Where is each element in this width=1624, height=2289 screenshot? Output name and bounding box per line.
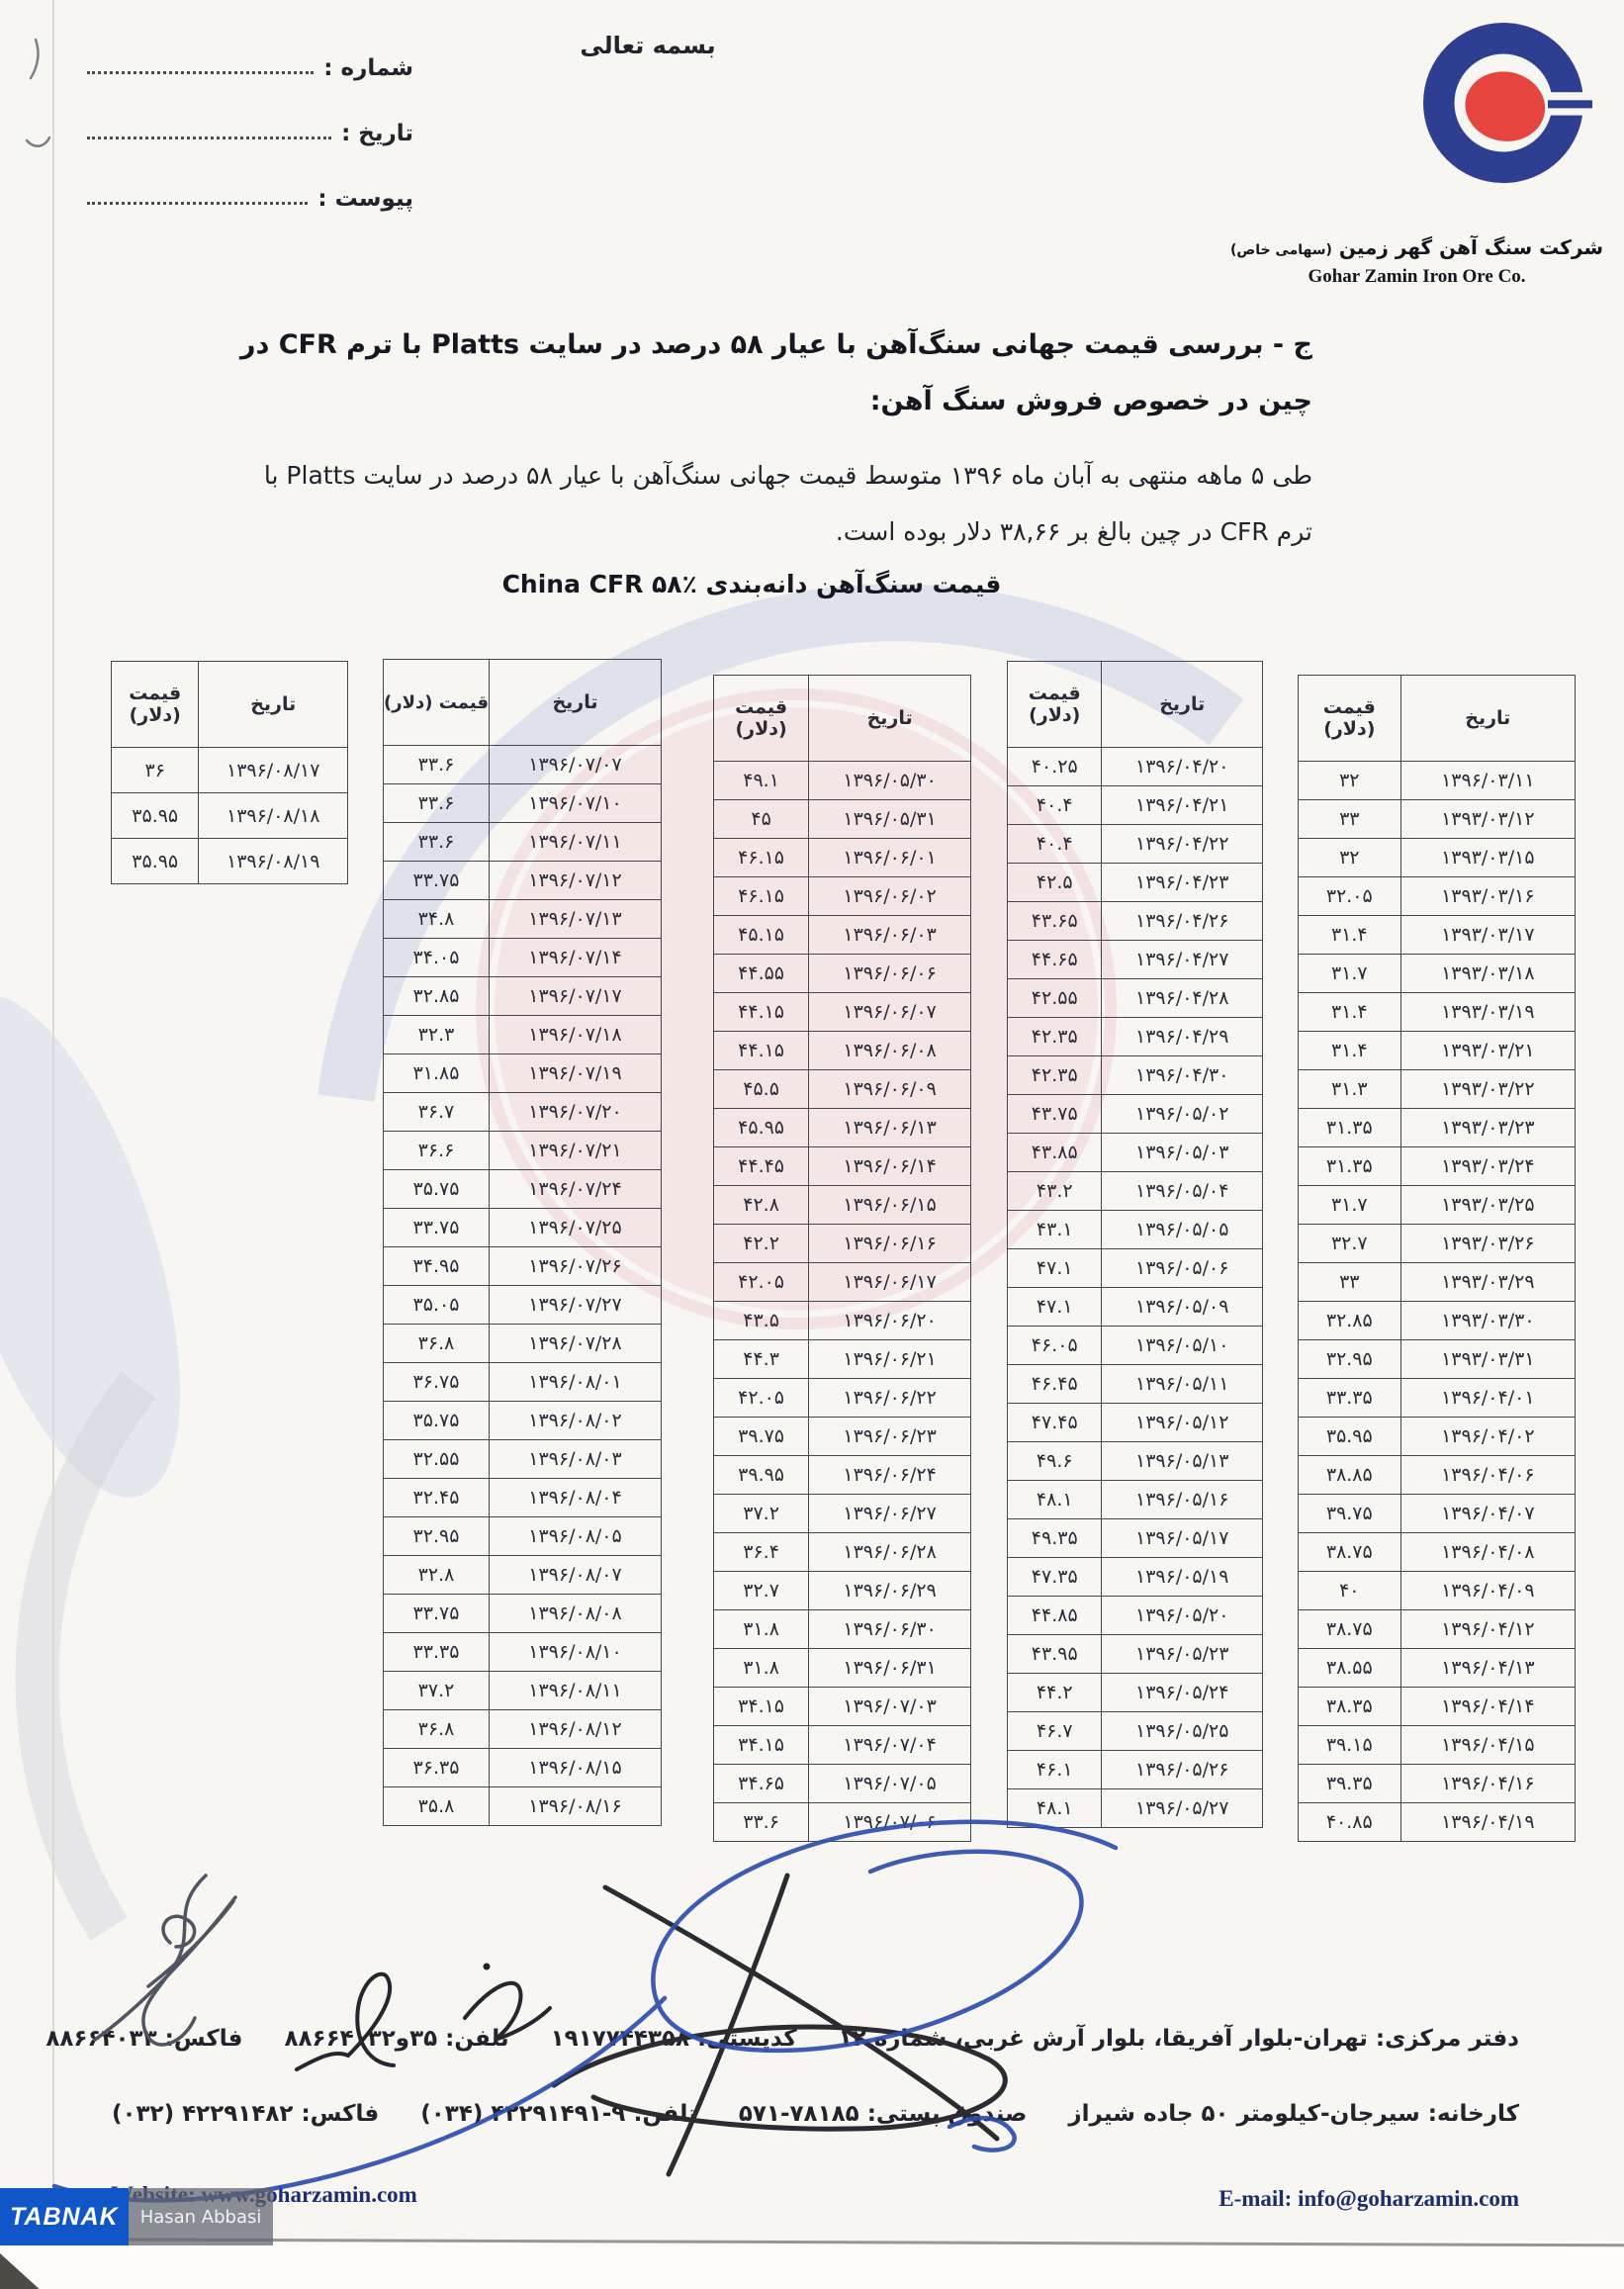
head-office-fax: فاکس: ۸۸۶۶۴۰۳۳ (45, 2026, 242, 2052)
table-row: ۱۳۹۶/۰۷/۲۱۳۶.۶ (384, 1132, 662, 1170)
date-cell: ۱۳۹۶/۰۸/۱۸ (199, 793, 348, 839)
table-row: ۱۳۹۳/۰۳/۱۵۳۲ (1299, 839, 1576, 877)
factory-phone: تلفن: ۹-۴۲۲۹۱۴۹۱ (۰۳۴) (420, 2101, 697, 2127)
price-cell: ۳۳.۶ (384, 746, 490, 784)
table-row: ۱۳۹۳/۰۳/۲۶۳۲.۷ (1299, 1225, 1576, 1263)
date-cell: ۱۳۹۶/۰۷/۲۸ (489, 1325, 661, 1363)
date-cell: ۱۳۹۶/۰۷/۱۴ (489, 939, 661, 977)
company-logo-icon (1414, 14, 1592, 192)
table-row: ۱۳۹۶/۰۷/۰۵۳۴.۶۵ (714, 1765, 971, 1803)
price-cell: ۳۱.۷ (1299, 955, 1401, 993)
table-row: ۱۳۹۶/۰۴/۰۱۳۳.۳۵ (1299, 1379, 1576, 1418)
date-cell: ۱۳۹۶/۰۴/۰۷ (1400, 1495, 1575, 1533)
email-link: E-mail: info@goharzamin.com (1218, 2186, 1519, 2212)
date-cell: ۱۳۹۶/۰۵/۱۰ (1102, 1327, 1263, 1365)
date-cell: ۱۳۹۶/۰۷/۰۴ (809, 1726, 971, 1765)
table-row: ۱۳۹۶/۰۵/۱۰۴۶.۰۵ (1008, 1327, 1263, 1365)
date-cell: ۱۳۹۶/۰۷/۱۱ (489, 823, 661, 862)
price-cell: ۳۶.۸ (384, 1710, 490, 1749)
table-row: ۱۳۹۶/۰۴/۱۳۳۸.۵۵ (1299, 1649, 1576, 1688)
date-cell: ۱۳۹۶/۰۸/۰۸ (489, 1595, 661, 1633)
price-cell: ۴۳.۵ (714, 1302, 809, 1340)
price-cell: ۳۴.۱۵ (714, 1726, 809, 1765)
date-cell: ۱۳۹۶/۰۶/۲۰ (809, 1302, 971, 1340)
date-cell: ۱۳۹۶/۰۴/۱۶ (1400, 1765, 1575, 1803)
table-row: ۱۳۹۶/۰۴/۰۶۳۸.۸۵ (1299, 1456, 1576, 1495)
table-row: ۱۳۹۶/۰۴/۰۸۳۸.۷۵ (1299, 1533, 1576, 1572)
table-row: ۱۳۹۶/۰۸/۱۰۳۳.۳۵ (384, 1633, 662, 1672)
price-cell: ۳۹.۷۵ (1299, 1495, 1401, 1533)
table-row: ۱۳۹۶/۰۷/۱۰۳۳.۶ (384, 784, 662, 823)
table-row: ۱۳۹۶/۰۵/۱۳۴۹.۶ (1008, 1442, 1263, 1481)
price-cell: ۴۳.۶۵ (1008, 902, 1102, 941)
table-row: ۱۳۹۶/۰۴/۰۷۳۹.۷۵ (1299, 1495, 1576, 1533)
price-cell: ۳۵.۹۵ (112, 793, 199, 839)
price-cell: ۴۶.۷ (1008, 1712, 1102, 1751)
date-cell: ۱۳۹۶/۰۶/۲۷ (809, 1495, 971, 1533)
price-cell: ۴۴.۶۵ (1008, 941, 1102, 979)
table-row: ۱۳۹۶/۰۴/۲۱۴۰.۴ (1008, 786, 1263, 825)
date-cell: ۱۳۹۶/۰۵/۲۷ (1102, 1789, 1263, 1828)
summary-paragraph: طی ۵ ماهه منتهی به آبان ماه ۱۳۹۶ متوسط ق… (223, 447, 1312, 560)
table-row: ۱۳۹۶/۰۴/۱۹۴۰.۸۵ (1299, 1803, 1576, 1842)
date-cell: ۱۳۹۶/۰۵/۰۹ (1102, 1288, 1263, 1327)
price-cell: ۳۳.۶ (714, 1803, 809, 1842)
date-cell: ۱۳۹۶/۰۶/۰۸ (809, 1032, 971, 1070)
date-cell: ۱۳۹۶/۰۶/۱۵ (809, 1186, 971, 1225)
date-cell: ۱۳۹۶/۰۴/۲۱ (1102, 786, 1263, 825)
table-row: ۱۳۹۶/۰۶/۳۱۳۱.۸ (714, 1649, 971, 1688)
price-cell: ۳۱.۳ (1299, 1070, 1401, 1109)
date-cell: ۱۳۹۶/۰۵/۱۹ (1102, 1558, 1263, 1597)
price-cell: ۴۷.۱ (1008, 1249, 1102, 1288)
date-cell: ۱۳۹۶/۰۶/۰۹ (809, 1070, 971, 1109)
date-cell: ۱۳۹۶/۰۵/۲۵ (1102, 1712, 1263, 1751)
date-cell: ۱۳۹۶/۰۸/۱۶ (489, 1787, 661, 1826)
table-row: ۱۳۹۶/۰۷/۱۲۳۳.۷۵ (384, 862, 662, 900)
date-cell: ۱۳۹۶/۰۴/۲۲ (1102, 825, 1263, 864)
date-cell: ۱۳۹۶/۰۴/۰۲ (1400, 1418, 1575, 1456)
table-row: ۱۳۹۶/۰۵/۲۴۴۴.۲ (1008, 1674, 1263, 1712)
date-cell: ۱۳۹۶/۰۷/۱۳ (489, 900, 661, 939)
table-row: ۱۳۹۶/۰۷/۰۶۳۳.۶ (714, 1803, 971, 1842)
table-row: ۱۳۹۶/۰۴/۳۰۴۲.۳۵ (1008, 1056, 1263, 1095)
price-column-header: قیمت (دلار) (384, 660, 490, 746)
date-cell: ۱۳۹۶/۰۶/۱۶ (809, 1225, 971, 1263)
date-cell: ۱۳۹۶/۰۵/۱۷ (1102, 1519, 1263, 1558)
company-name-block: شرکت سنگ آهن گهر زمین (سهامی خاص) Gohar … (1221, 235, 1612, 288)
factory-fax: فاکس: ۴۲۲۹۱۴۸۲ (۰۳۲) (112, 2101, 379, 2127)
date-cell: ۱۳۹۶/۰۵/۰۴ (1102, 1172, 1263, 1211)
date-cell: ۱۳۹۶/۰۷/۲۷ (489, 1286, 661, 1325)
table-row: ۱۳۹۶/۰۵/۰۲۴۳.۷۵ (1008, 1095, 1263, 1134)
table-row: ۱۳۹۶/۰۶/۲۰۴۳.۵ (714, 1302, 971, 1340)
date-cell: ۱۳۹۶/۰۸/۱۷ (199, 748, 348, 793)
table-row: ۱۳۹۶/۰۶/۰۷۴۴.۱۵ (714, 993, 971, 1032)
price-cell: ۴۶.۱۵ (714, 839, 809, 877)
price-cell: ۴۴.۱۵ (714, 1032, 809, 1070)
table-row: ۱۳۹۶/۰۶/۲۱۴۴.۳ (714, 1340, 971, 1379)
factory-po-box: صندوق پستی: ۷۸۱۸۵-۵۷۱ (739, 2101, 1028, 2127)
price-cell: ۴۲.۰۵ (714, 1263, 809, 1302)
table-row: ۱۳۹۶/۰۷/۰۷۳۳.۶ (384, 746, 662, 784)
table-row: ۱۳۹۳/۰۳/۲۴۳۱.۳۵ (1299, 1147, 1576, 1186)
table-row: ۱۳۹۶/۰۵/۱۱۴۶.۴۵ (1008, 1365, 1263, 1404)
pen-mark-top-left (27, 40, 49, 146)
signature-blue-scribble (54, 1822, 1116, 2201)
table-row: ۱۳۹۶/۰۵/۱۷۴۹.۳۵ (1008, 1519, 1263, 1558)
table-row: ۱۳۹۶/۰۶/۰۱۴۶.۱۵ (714, 839, 971, 877)
date-cell: ۱۳۹۶/۰۷/۲۵ (489, 1209, 661, 1247)
table-row: ۱۳۹۶/۰۵/۲۷۴۸.۱ (1008, 1789, 1263, 1828)
price-cell: ۳۲.۸۵ (1299, 1302, 1401, 1340)
tabnak-watermark: TABNAK Hasan Abbasi (0, 2188, 273, 2245)
date-cell: ۱۳۹۳/۰۳/۱۶ (1400, 877, 1575, 916)
date-cell: ۱۳۹۶/۰۴/۲۸ (1102, 979, 1263, 1018)
factory-address: کارخانه: سیرجان-کیلومتر ۵۰ جاده شیراز (1068, 2101, 1519, 2127)
price-cell: ۴۳.۸۵ (1008, 1134, 1102, 1172)
price-cell: ۳۲.۸ (384, 1556, 490, 1595)
price-cell: ۳۲.۴۵ (384, 1479, 490, 1517)
table-row: ۱۳۹۳/۰۳/۳۱۳۲.۹۵ (1299, 1340, 1576, 1379)
price-cell: ۳۵.۷۵ (384, 1402, 490, 1440)
price-cell: ۴۴.۵۵ (714, 955, 809, 993)
date-column-header: تاریخ (489, 660, 661, 746)
table-row: ۱۳۹۶/۰۴/۲۸۴۲.۵۵ (1008, 979, 1263, 1018)
price-cell: ۳۲.۳ (384, 1016, 490, 1054)
head-office-postal-code: کدپستی: ۱۹۱۷۷۴۴۳۵۸ (551, 2026, 797, 2052)
date-cell: ۱۳۹۶/۰۸/۱۱ (489, 1672, 661, 1710)
date-cell: ۱۳۹۳/۰۳/۳۰ (1400, 1302, 1575, 1340)
price-cell: ۳۱.۳۵ (1299, 1109, 1401, 1147)
table-row: ۱۳۹۶/۰۴/۱۴۳۸.۳۵ (1299, 1688, 1576, 1726)
table-row: ۱۳۹۶/۰۵/۰۵۴۳.۱ (1008, 1211, 1263, 1249)
price-cell: ۳۳.۷۵ (384, 1209, 490, 1247)
price-cell: ۳۱.۴ (1299, 993, 1401, 1032)
date-cell: ۱۳۹۶/۰۶/۰۱ (809, 839, 971, 877)
footer-head-office-line: دفتر مرکزی: تهران-بلوار آفریقا، بلوار آر… (119, 2026, 1519, 2052)
table-row: ۱۳۹۶/۰۷/۲۵۳۳.۷۵ (384, 1209, 662, 1247)
price-cell: ۳۶.۷ (384, 1093, 490, 1132)
field-attachment-label: پیوست : (317, 186, 413, 212)
table-row: ۱۳۹۶/۰۴/۱۲۳۸.۷۵ (1299, 1610, 1576, 1649)
date-cell: ۱۳۹۶/۰۴/۲۹ (1102, 1018, 1263, 1056)
price-cell: ۳۱.۳۵ (1299, 1147, 1401, 1186)
price-cell: ۴۸.۱ (1008, 1481, 1102, 1519)
table-row: ۱۳۹۶/۰۸/۱۹۳۵.۹۵ (112, 839, 348, 884)
date-cell: ۱۳۹۳/۰۳/۲۹ (1400, 1263, 1575, 1302)
table-row: ۱۳۹۶/۰۸/۱۸۳۵.۹۵ (112, 793, 348, 839)
table-row: ۱۳۹۶/۰۶/۱۳۴۵.۹۵ (714, 1109, 971, 1147)
date-cell: ۱۳۹۶/۰۶/۳۰ (809, 1610, 971, 1649)
field-number: شماره : (87, 16, 413, 81)
field-number-label: شماره : (323, 55, 413, 81)
table-row: ۱۳۹۳/۰۳/۲۹۳۳ (1299, 1263, 1576, 1302)
table-row: ۱۳۹۶/۰۴/۱۶۳۹.۳۵ (1299, 1765, 1576, 1803)
date-cell: ۱۳۹۶/۰۸/۱۵ (489, 1749, 661, 1787)
head-office-address: دفتر مرکزی: تهران-بلوار آفریقا، بلوار آر… (839, 2026, 1519, 2052)
date-cell: ۱۳۹۶/۰۴/۰۹ (1400, 1572, 1575, 1610)
price-cell: ۳۷.۲ (384, 1672, 490, 1710)
company-name-fa-text: شرکت سنگ آهن گهر زمین (1339, 235, 1603, 259)
date-cell: ۱۳۹۶/۰۶/۲۸ (809, 1533, 971, 1572)
table-row: ۱۳۹۶/۰۸/۱۱۳۷.۲ (384, 1672, 662, 1710)
table-row: ۱۳۹۳/۰۳/۱۸۳۱.۷ (1299, 955, 1576, 993)
tabnak-credit: Hasan Abbasi (129, 2188, 274, 2245)
date-cell: ۱۳۹۶/۰۴/۳۰ (1102, 1056, 1263, 1095)
date-cell: ۱۳۹۶/۰۵/۱۶ (1102, 1481, 1263, 1519)
date-cell: ۱۳۹۶/۰۷/۱۲ (489, 862, 661, 900)
price-cell: ۳۳ (1299, 1263, 1401, 1302)
table-row: ۱۳۹۶/۰۴/۲۰۴۰.۲۵ (1008, 748, 1263, 786)
table-row: ۱۳۹۶/۰۶/۰۶۴۴.۵۵ (714, 955, 971, 993)
price-cell: ۳۴.۱۵ (714, 1688, 809, 1726)
date-cell: ۱۳۹۳/۰۳/۱۷ (1400, 916, 1575, 955)
price-cell: ۳۵.۹۵ (112, 839, 199, 884)
price-cell: ۴۲.۰۵ (714, 1379, 809, 1418)
price-cell: ۳۶.۳۵ (384, 1749, 490, 1787)
signature-middle-black (297, 1964, 550, 2070)
table-row: ۱۳۹۳/۰۳/۱۲۳۳ (1299, 800, 1576, 839)
price-cell: ۴۲.۳۵ (1008, 1018, 1102, 1056)
price-cell: ۳۲.۹۵ (384, 1517, 490, 1556)
price-cell: ۳۶.۶ (384, 1132, 490, 1170)
price-cell: ۳۵.۹۵ (1299, 1418, 1401, 1456)
table-row: ۱۳۹۳/۰۳/۱۹۳۱.۴ (1299, 993, 1576, 1032)
field-attachment-blank-line (87, 200, 308, 205)
date-cell: ۱۳۹۶/۰۵/۰۵ (1102, 1211, 1263, 1249)
table-row: ۱۳۹۶/۰۴/۰۲۳۵.۹۵ (1299, 1418, 1576, 1456)
table-row: ۱۳۹۶/۰۸/۰۵۳۲.۹۵ (384, 1517, 662, 1556)
price-cell: ۳۵.۰۵ (384, 1286, 490, 1325)
date-cell: ۱۳۹۶/۰۷/۰۵ (809, 1765, 971, 1803)
price-cell: ۳۱.۸ (714, 1610, 809, 1649)
table-row: ۱۳۹۶/۰۴/۰۹۴۰ (1299, 1572, 1576, 1610)
price-cell: ۴۲.۵۵ (1008, 979, 1102, 1018)
price-cell: ۳۸.۵۵ (1299, 1649, 1401, 1688)
table-row: ۱۳۹۳/۰۳/۲۵۳۱.۷ (1299, 1186, 1576, 1225)
table-row: ۱۳۹۶/۰۵/۰۶۴۷.۱ (1008, 1249, 1263, 1288)
date-cell: ۱۳۹۶/۰۳/۱۱ (1400, 762, 1575, 800)
price-cell: ۳۲.۵۵ (384, 1440, 490, 1479)
table-row: ۱۳۹۶/۰۸/۰۸۳۳.۷۵ (384, 1595, 662, 1633)
price-cell: ۳۷.۲ (714, 1495, 809, 1533)
date-cell: ۱۳۹۳/۰۳/۲۳ (1400, 1109, 1575, 1147)
price-cell: ۴۲.۵ (1008, 864, 1102, 902)
price-cell: ۳۲.۸۵ (384, 977, 490, 1016)
date-cell: ۱۳۹۶/۰۶/۲۴ (809, 1456, 971, 1495)
price-column-header: قیمت (دلار) (1008, 662, 1102, 748)
table-row: ۱۳۹۶/۰۵/۱۹۴۷.۳۵ (1008, 1558, 1263, 1597)
section-heading: ج - بررسی قیمت جهانی سنگ‌آهن با عیار ۵۸ … (223, 317, 1312, 429)
date-cell: ۱۳۹۶/۰۵/۱۳ (1102, 1442, 1263, 1481)
table-row: ۱۳۹۶/۰۷/۲۶۳۴.۹۵ (384, 1247, 662, 1286)
table-row: ۱۳۹۶/۰۶/۱۶۴۲.۲ (714, 1225, 971, 1263)
date-cell: ۱۳۹۶/۰۸/۰۲ (489, 1402, 661, 1440)
price-table-2: تاریخ قیمت (دلار) ۱۳۹۶/۰۴/۲۰۴۰.۲۵۱۳۹۶/۰۴… (1007, 661, 1263, 1828)
date-cell: ۱۳۹۶/۰۴/۱۴ (1400, 1688, 1575, 1726)
table-row: ۱۳۹۶/۰۸/۰۱۳۶.۷۵ (384, 1363, 662, 1402)
table-row: ۱۳۹۶/۰۵/۰۴۴۳.۲ (1008, 1172, 1263, 1211)
price-cell: ۴۷.۱ (1008, 1288, 1102, 1327)
date-cell: ۱۳۹۳/۰۳/۳۱ (1400, 1340, 1575, 1379)
price-cell: ۴۶.۴۵ (1008, 1365, 1102, 1404)
price-cell: ۳۸.۷۵ (1299, 1533, 1401, 1572)
date-cell: ۱۳۹۶/۰۷/۰۶ (809, 1803, 971, 1842)
price-cell: ۳۴.۸ (384, 900, 490, 939)
table-row: ۱۳۹۶/۰۶/۲۸۳۶.۴ (714, 1533, 971, 1572)
table-row: ۱۳۹۳/۰۳/۲۳۳۱.۳۵ (1299, 1109, 1576, 1147)
reference-fields: شماره : تاریخ : پیوست : (87, 16, 413, 212)
table-row: ۱۳۹۶/۰۵/۳۱۴۵ (714, 800, 971, 839)
price-cell: ۳۹.۷۵ (714, 1418, 809, 1456)
table-row: ۱۳۹۶/۰۸/۰۴۳۲.۴۵ (384, 1479, 662, 1517)
table-row: ۱۳۹۶/۰۷/۲۷۳۵.۰۵ (384, 1286, 662, 1325)
date-cell: ۱۳۹۶/۰۴/۱۵ (1400, 1726, 1575, 1765)
table-row: ۱۳۹۶/۰۴/۲۶۴۳.۶۵ (1008, 902, 1263, 941)
table-row: ۱۳۹۶/۰۵/۱۲۴۷.۴۵ (1008, 1404, 1263, 1442)
date-cell: ۱۳۹۶/۰۴/۲۷ (1102, 941, 1263, 979)
date-cell: ۱۳۹۶/۰۸/۰۵ (489, 1517, 661, 1556)
table-row: ۱۳۹۶/۰۶/۰۲۴۶.۱۵ (714, 877, 971, 916)
price-cell: ۴۷.۴۵ (1008, 1404, 1102, 1442)
table-row: ۱۳۹۶/۰۶/۲۹۳۲.۷ (714, 1572, 971, 1610)
price-cell: ۳۲.۷ (1299, 1225, 1401, 1263)
table-row: ۱۳۹۳/۰۳/۱۷۳۱.۴ (1299, 916, 1576, 955)
date-cell: ۱۳۹۶/۰۷/۲۱ (489, 1132, 661, 1170)
field-date: تاریخ : (87, 81, 413, 146)
price-cell: ۴۳.۱ (1008, 1211, 1102, 1249)
date-cell: ۱۳۹۶/۰۶/۳۱ (809, 1649, 971, 1688)
date-cell: ۱۳۹۶/۰۷/۲۰ (489, 1093, 661, 1132)
price-cell: ۳۲ (1299, 762, 1401, 800)
price-cell: ۳۵.۸ (384, 1787, 490, 1826)
scan-left-edge (52, 0, 54, 2240)
price-column-header: قیمت (دلار) (714, 676, 809, 762)
table-row: ۱۳۹۶/۰۷/۱۳۳۴.۸ (384, 900, 662, 939)
price-cell: ۴۵ (714, 800, 809, 839)
date-cell: ۱۳۹۶/۰۶/۲۱ (809, 1340, 971, 1379)
table-row: ۱۳۹۶/۰۷/۱۱۳۳.۶ (384, 823, 662, 862)
table-row: ۱۳۹۶/۰۶/۱۴۴۴.۴۵ (714, 1147, 971, 1186)
date-cell: ۱۳۹۶/۰۵/۰۶ (1102, 1249, 1263, 1288)
table-row: ۱۳۹۶/۰۶/۱۷۴۲.۰۵ (714, 1263, 971, 1302)
date-cell: ۱۳۹۶/۰۷/۰۷ (489, 746, 661, 784)
scanned-letter-page: شماره : تاریخ : پیوست : بسمه تعالی شرکت … (0, 0, 1624, 2289)
table-row: ۱۳۹۶/۰۷/۲۴۳۵.۷۵ (384, 1170, 662, 1209)
table-row: ۱۳۹۶/۰۴/۱۵۳۹.۱۵ (1299, 1726, 1576, 1765)
date-cell: ۱۳۹۶/۰۵/۲۳ (1102, 1635, 1263, 1674)
date-cell: ۱۳۹۶/۰۶/۰۷ (809, 993, 971, 1032)
price-cell: ۴۴.۱۵ (714, 993, 809, 1032)
price-column-header: قیمت (دلار) (1299, 676, 1401, 762)
table-row: ۱۳۹۶/۰۶/۰۹۴۵.۵ (714, 1070, 971, 1109)
table-row: ۱۳۹۶/۰۵/۲۳۴۳.۹۵ (1008, 1635, 1263, 1674)
price-cell: ۳۶.۸ (384, 1325, 490, 1363)
date-cell: ۱۳۹۳/۰۳/۱۵ (1400, 839, 1575, 877)
price-cell: ۴۹.۶ (1008, 1442, 1102, 1481)
table-row: ۱۳۹۶/۰۸/۱۶۳۵.۸ (384, 1787, 662, 1826)
table-row: ۱۳۹۶/۰۷/۲۰۳۶.۷ (384, 1093, 662, 1132)
date-cell: ۱۳۹۶/۰۷/۰۳ (809, 1688, 971, 1726)
price-cell: ۴۵.۱۵ (714, 916, 809, 955)
date-cell: ۱۳۹۶/۰۶/۲۲ (809, 1379, 971, 1418)
price-cell: ۴۳.۷۵ (1008, 1095, 1102, 1134)
table-row: ۱۳۹۳/۰۳/۱۶۳۲.۰۵ (1299, 877, 1576, 916)
price-cell: ۳۱.۴ (1299, 916, 1401, 955)
date-cell: ۱۳۹۳/۰۳/۱۸ (1400, 955, 1575, 993)
date-column-header: تاریخ (1400, 676, 1575, 762)
table-row: ۱۳۹۶/۰۸/۱۵۳۶.۳۵ (384, 1749, 662, 1787)
price-table-3: تاریخ قیمت (دلار) ۱۳۹۶/۰۵/۳۰۴۹.۱۱۳۹۶/۰۵/… (713, 675, 971, 1842)
date-cell: ۱۳۹۶/۰۶/۲۳ (809, 1418, 971, 1456)
price-cell: ۴۶.۰۵ (1008, 1327, 1102, 1365)
date-cell: ۱۳۹۶/۰۵/۳۱ (809, 800, 971, 839)
bismillah-text: بسمه تعالی (539, 32, 757, 59)
date-cell: ۱۳۹۶/۰۵/۰۳ (1102, 1134, 1263, 1172)
price-cell: ۴۶.۱۵ (714, 877, 809, 916)
date-cell: ۱۳۹۶/۰۶/۰۶ (809, 955, 971, 993)
price-cell: ۳۳.۷۵ (384, 862, 490, 900)
price-table-1: تاریخ قیمت (دلار) ۱۳۹۶/۰۳/۱۱۳۲۱۳۹۳/۰۳/۱۲… (1298, 675, 1576, 1842)
price-cell: ۴۰.۲۵ (1008, 748, 1102, 786)
table-row: ۱۳۹۶/۰۶/۳۰۳۱.۸ (714, 1610, 971, 1649)
price-cell: ۴۴.۲ (1008, 1674, 1102, 1712)
price-table-5: تاریخ قیمت (دلار) ۱۳۹۶/۰۸/۱۷۳۶۱۳۹۶/۰۸/۱۸… (111, 661, 348, 884)
date-cell: ۱۳۹۶/۰۸/۱۲ (489, 1710, 661, 1749)
price-cell: ۳۳.۶ (384, 823, 490, 862)
date-column-header: تاریخ (809, 676, 971, 762)
price-cell: ۳۱.۴ (1299, 1032, 1401, 1070)
table-row: ۱۳۹۶/۰۶/۲۳۳۹.۷۵ (714, 1418, 971, 1456)
table-row: ۱۳۹۶/۰۵/۲۰۴۴.۸۵ (1008, 1597, 1263, 1635)
table-row: ۱۳۹۶/۰۷/۰۳۳۴.۱۵ (714, 1688, 971, 1726)
date-cell: ۱۳۹۶/۰۴/۱۹ (1400, 1803, 1575, 1842)
price-cell: ۴۷.۳۵ (1008, 1558, 1102, 1597)
date-cell: ۱۳۹۶/۰۸/۰۴ (489, 1479, 661, 1517)
date-cell: ۱۳۹۶/۰۸/۰۳ (489, 1440, 661, 1479)
table-row: ۱۳۹۳/۰۳/۲۱۳۱.۴ (1299, 1032, 1576, 1070)
price-cell: ۳۱.۷ (1299, 1186, 1401, 1225)
table-row: ۱۳۹۶/۰۵/۰۹۴۷.۱ (1008, 1288, 1263, 1327)
table-row: ۱۳۹۶/۰۸/۰۳۳۲.۵۵ (384, 1440, 662, 1479)
date-cell: ۱۳۹۶/۰۵/۳۰ (809, 762, 971, 800)
table-row: ۱۳۹۶/۰۴/۲۳۴۲.۵ (1008, 864, 1263, 902)
date-cell: ۱۳۹۶/۰۸/۰۷ (489, 1556, 661, 1595)
date-cell: ۱۳۹۶/۰۵/۲۰ (1102, 1597, 1263, 1635)
table-row: ۱۳۹۶/۰۷/۲۸۳۶.۸ (384, 1325, 662, 1363)
table-row: ۱۳۹۶/۰۷/۱۸۳۲.۳ (384, 1016, 662, 1054)
price-cell: ۳۳.۷۵ (384, 1595, 490, 1633)
table-row: ۱۳۹۶/۰۷/۱۴۳۴.۰۵ (384, 939, 662, 977)
date-cell: ۱۳۹۶/۰۷/۲۴ (489, 1170, 661, 1209)
signature-large-black (554, 1876, 1005, 2174)
price-cell: ۳۹.۱۵ (1299, 1726, 1401, 1765)
date-cell: ۱۳۹۶/۰۷/۱۷ (489, 977, 661, 1016)
company-type-fa-text: (سهامی خاص) (1230, 242, 1332, 258)
date-cell: ۱۳۹۶/۰۸/۰۱ (489, 1363, 661, 1402)
date-cell: ۱۳۹۶/۰۷/۱۸ (489, 1016, 661, 1054)
price-cell: ۳۸.۸۵ (1299, 1456, 1401, 1495)
date-cell: ۱۳۹۶/۰۶/۱۷ (809, 1263, 971, 1302)
date-cell: ۱۳۹۶/۰۴/۰۶ (1400, 1456, 1575, 1495)
table-row: ۱۳۹۶/۰۶/۲۲۴۲.۰۵ (714, 1379, 971, 1418)
field-attachment: پیوست : (87, 146, 413, 212)
date-cell: ۱۳۹۳/۰۳/۲۱ (1400, 1032, 1575, 1070)
price-table-4: تاریخ قیمت (دلار) ۱۳۹۶/۰۷/۰۷۳۳.۶۱۳۹۶/۰۷/… (383, 659, 662, 1826)
date-cell: ۱۳۹۶/۰۶/۲۹ (809, 1572, 971, 1610)
date-cell: ۱۳۹۶/۰۶/۱۳ (809, 1109, 971, 1147)
